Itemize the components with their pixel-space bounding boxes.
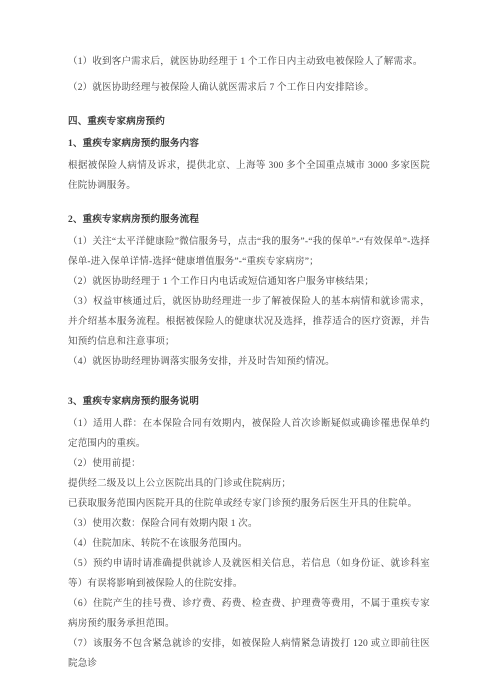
note-item: （4）住院加床、转院不在该服务范围内。 xyxy=(68,534,430,554)
step-item: （4）就医协助经理协调落实服务安排，并及时告知预约情况。 xyxy=(68,352,430,372)
note-item: （1）适用人群：在本保险合同有效期内，被保险人首次诊断疑似或确诊罹患保单约定范围… xyxy=(68,414,430,454)
document-page: （1）收到客户需求后，就医协助经理于 1 个工作日内主动致电被保险人了解需求。（… xyxy=(0,0,495,700)
step-item: （1）收到客户需求后，就医协助经理于 1 个工作日内主动致电被保险人了解需求。 xyxy=(68,52,430,72)
step-item: （2）就医协助经理与被保险人确认就医需求后 7 个工作日内安排陪诊。 xyxy=(68,78,430,98)
section-heading: 四、重疾专家病房预约 xyxy=(68,112,430,132)
note-item: 已获取服务范围内医院开具的住院单或经专家门诊预约服务后医生开具的住院单。 xyxy=(68,494,430,514)
subsection-heading: 2、重疾专家病房预约服务流程 xyxy=(68,210,430,230)
step-item: （1）关注“太平洋健康险”微信服务号，点击“我的服务”-“我的保单”-“有效保单… xyxy=(68,232,430,272)
note-item: （5）预约申请时请准确提供就诊人及就医相关信息，若信息（如身份证、就诊科室等）有… xyxy=(68,554,430,594)
note-item: （7）该服务不包含紧急就诊的安排，如被保险人病情紧急请拨打 120 或立即前往医… xyxy=(68,634,430,674)
body-paragraph: 根据被保险人病情及诉求，提供北京、上海等 300 多个全国重点城市 3000 多… xyxy=(68,156,430,196)
subsection-heading: 3、重疾专家病房预约服务说明 xyxy=(68,392,430,412)
note-item: （2）使用前提： xyxy=(68,454,430,474)
step-item: （3）权益审核通过后，就医协助经理进一步了解被保险人的基本病情和就诊需求，并介绍… xyxy=(68,292,430,352)
note-item: 提供经二级及以上公立医院出具的门诊或住院病历； xyxy=(68,474,430,494)
note-item: （6）住院产生的挂号费、诊疗费、药费、检查费、护理费等费用，不属于重疾专家病房预… xyxy=(68,594,430,634)
note-item: （3）使用次数：保险合同有效期内限 1 次。 xyxy=(68,514,430,534)
document-text-block: （1）收到客户需求后，就医协助经理于 1 个工作日内主动致电被保险人了解需求。（… xyxy=(68,52,430,674)
subsection-heading: 1、重疾专家病房预约服务内容 xyxy=(68,134,430,154)
step-item: （2）就医协助经理于 1 个工作日内电话或短信通知客户服务审核结果； xyxy=(68,272,430,292)
